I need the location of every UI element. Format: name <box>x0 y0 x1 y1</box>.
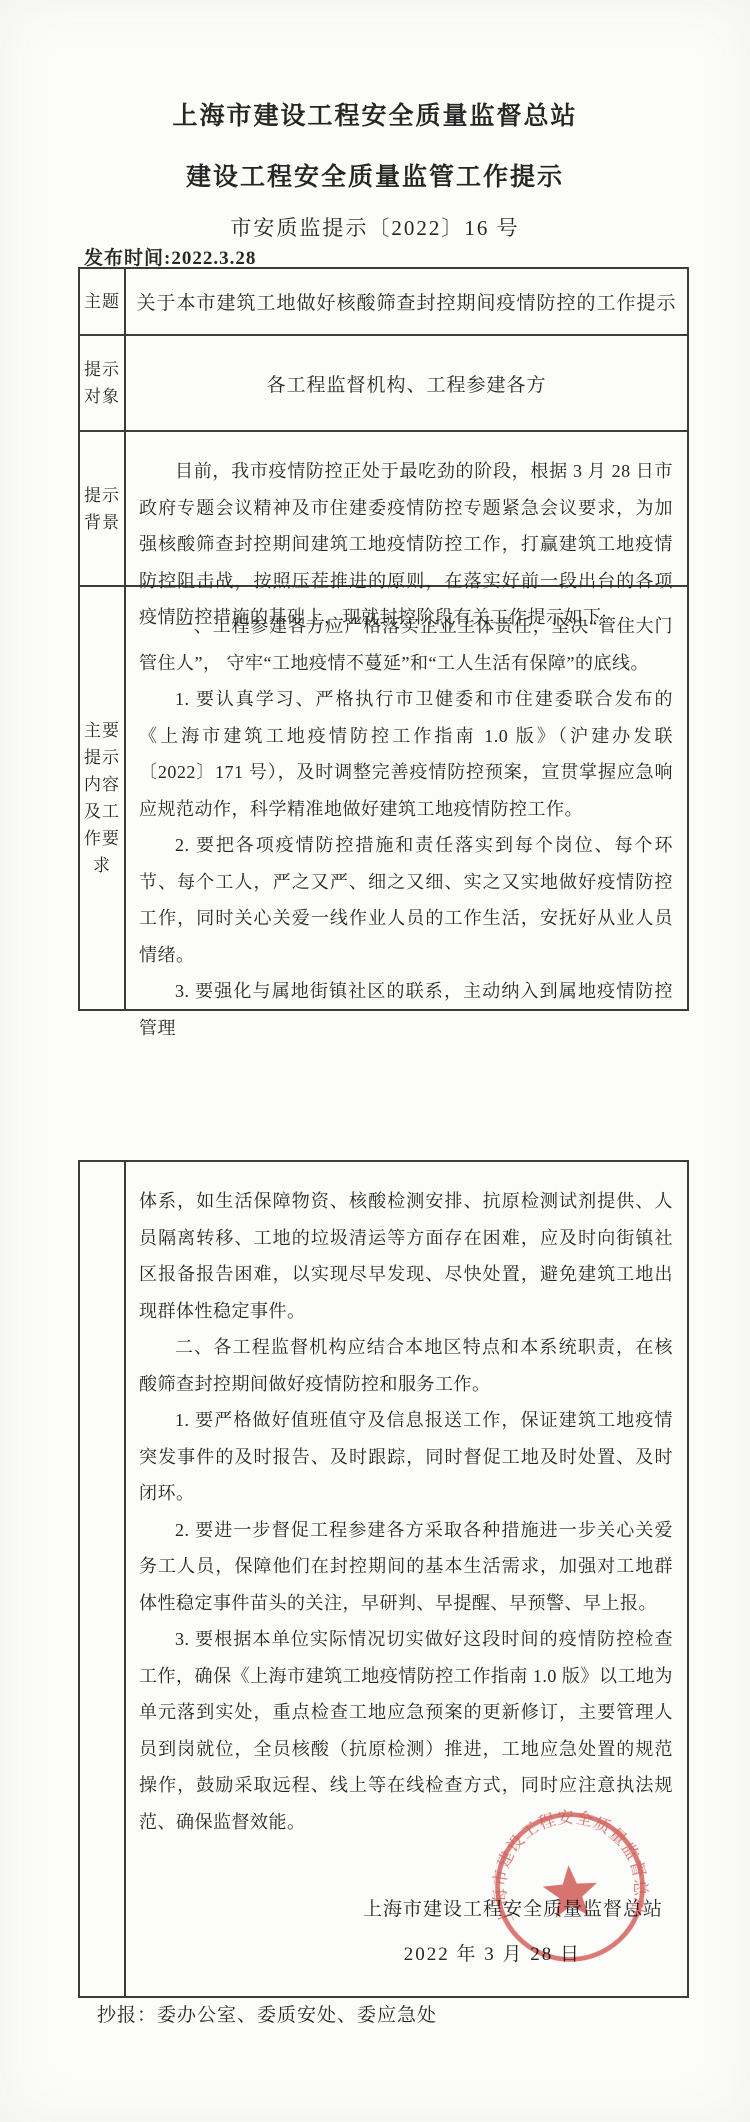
row-content-theme: 关于本市建筑工地做好核酸筛查封控期间疫情防控的工作提示 <box>126 269 687 334</box>
row-label-target: 提示对象 <box>80 336 126 430</box>
notice-table: 主题 关于本市建筑工地做好核酸筛查封控期间疫情防控的工作提示 提示对象 各工程监… <box>78 267 689 1011</box>
paragraph: 2. 要把各项疫情防控措施和责任落实到每个岗位、每个环节、每个工人，严之又严、细… <box>139 827 673 973</box>
document-title-subject: 建设工程安全质量监管工作提示 <box>0 157 750 193</box>
row-label-empty <box>80 1162 126 1996</box>
publish-date: 发布时间:2022.3.28 <box>84 243 256 270</box>
document-page: 上海市建设工程安全质量监督总站 建设工程安全质量监管工作提示 市安质监提示〔20… <box>0 0 750 2122</box>
paragraph: 一、工程参建各方应严格落实企业主体责任，坚决“管住大门管住人”， 守牢“工地疫情… <box>139 608 673 681</box>
table-row-main-requirements: 主要提示内容及工作要求 一、工程参建各方应严格落实企业主体责任，坚决“管住大门管… <box>80 585 687 1009</box>
official-seal-stamp: 上海市建设工程安全质量监督总站 <box>484 1801 657 1974</box>
document-title-org: 上海市建设工程安全质量监督总站 <box>0 96 750 132</box>
paragraph: 3. 要强化与属地街镇社区的联系，主动纳入到属地疫情防控管理 <box>139 973 673 1046</box>
row-content-main-requirements: 一、工程参建各方应严格落实企业主体责任，坚决“管住大门管住人”， 守牢“工地疫情… <box>126 587 687 1009</box>
table-row-theme: 主题 关于本市建筑工地做好核酸筛查封控期间疫情防控的工作提示 <box>80 269 687 334</box>
seal-star-icon <box>541 1863 599 1918</box>
paragraph: 2. 要进一步督促工程参建各方采取各种措施进一步关心关爱务工人员，保障他们在封控… <box>139 1512 673 1622</box>
row-content-target: 各工程监督机构、工程参建各方 <box>126 336 687 430</box>
row-label-theme: 主题 <box>80 269 126 334</box>
copy-to-line: 抄报：委办公室、委质安处、委应急处 <box>97 2000 437 2027</box>
row-content-background: 目前，我市疫情防控正处于最吃劲的阶段，根据 3 月 28 日市政府专题会议精神及… <box>126 432 687 585</box>
document-number: 市安质监提示〔2022〕16 号 <box>0 212 750 242</box>
row-label-background: 提示背景 <box>80 432 126 585</box>
paragraph: 1. 要认真学习、严格执行市卫健委和市住建委联合发布的《上海市建筑工地疫情防控工… <box>139 681 673 827</box>
paragraph: 体系，如生活保障物资、核酸检测安排、抗原检测试剂提供、人员隔离转移、工地的垃圾清… <box>139 1183 673 1329</box>
table-row-background: 提示背景 目前，我市疫情防控正处于最吃劲的阶段，根据 3 月 28 日市政府专题… <box>80 430 687 585</box>
paragraph: 1. 要严格做好值班值守及信息报送工作，保证建筑工地疫情突发事件的及时报告、及时… <box>139 1402 673 1512</box>
table-row-target: 提示对象 各工程监督机构、工程参建各方 <box>80 334 687 430</box>
row-label-main-requirements: 主要提示内容及工作要求 <box>80 587 126 1009</box>
paragraph: 二、各工程监督机构应结合本地区特点和本系统职责，在核酸筛查封控期间做好疫情防控和… <box>139 1329 673 1402</box>
